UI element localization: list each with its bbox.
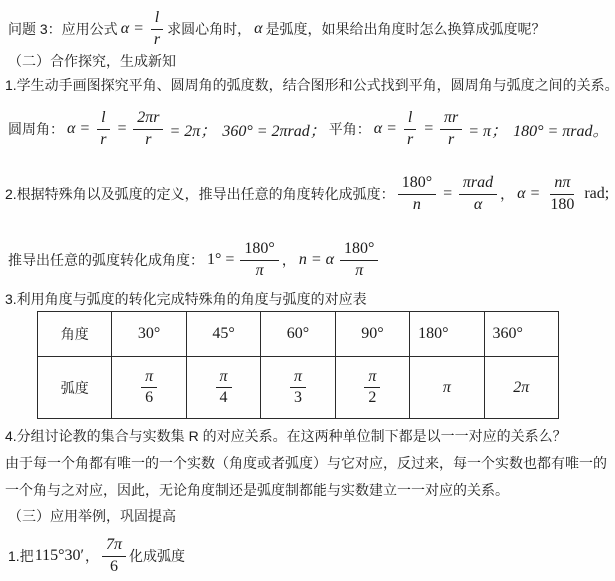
item4-text: 4.分组讨论教的集合与实数集 R 的对应关系。在这两种单位制下都是以一一对应的关… xyxy=(5,426,567,446)
alpha-symbol: α xyxy=(254,20,262,38)
fraction-denominator: π xyxy=(252,261,268,280)
fraction-pi-over-3: π 3 xyxy=(290,368,306,408)
straight-angle-label: 平角： xyxy=(329,119,371,139)
fraction-denominator: 6 xyxy=(106,557,122,576)
document-page: 问题 3：应用公式 α = l r 求圆心角时， α 是弧度，如果给出角度时怎么… xyxy=(0,0,615,581)
equals-sign: = xyxy=(116,120,127,138)
fraction-numerator: πrad xyxy=(459,174,497,194)
n-equals-alpha: n = α xyxy=(299,251,334,269)
fraction-denominator: r xyxy=(141,130,155,149)
table-radian-row: 弧度 π 6 π 4 π 3 π xyxy=(38,357,559,419)
fraction-denominator: r xyxy=(444,130,458,149)
section2-heading: （二）合作探究，生成新知 xyxy=(8,51,176,71)
table-degree-cell: 360° xyxy=(484,312,558,357)
fraction-pirad-over-alpha: πrad α xyxy=(459,174,497,214)
deg360-equals-2pirad: 360° = 2πrad； xyxy=(222,118,325,141)
table-radian-cell: π 3 xyxy=(261,357,335,419)
fraction-denominator: n xyxy=(409,195,425,214)
alpha-equals: α = xyxy=(67,120,90,138)
item3-text: 3.利用角度与弧度的转化完成特殊角的角度与弧度的对应表 xyxy=(5,289,367,309)
fraction-numerator: l xyxy=(404,109,416,129)
table-degree-cell: 90° xyxy=(335,312,409,357)
table-degree-cell: 30° xyxy=(112,312,186,357)
fraction-numerator: l xyxy=(97,109,109,129)
explanation-line1: 由于每一个角都有唯一的一个实数（角度或者弧度）与它对应，反过来，每一个实数也都有… xyxy=(5,452,607,474)
fraction-l-over-r: l r xyxy=(150,9,164,49)
item1-text: 1.学生动手画图探究平角、圆周角的弧度数，结合图形和公式找到平角，圆周角与弧度之… xyxy=(5,75,615,95)
fraction-numerator: π xyxy=(216,368,232,388)
fraction-7pi-over-6: 7π 6 xyxy=(102,536,126,576)
explanation-text1: 由于每一个角都有唯一的一个实数（角度或者弧度）与它对应，反过来，每一个实数也都有… xyxy=(5,453,607,473)
alpha-equals: α = xyxy=(374,120,397,138)
table-degree-header: 角度 xyxy=(38,312,112,357)
fraction-denominator: 4 xyxy=(216,388,232,407)
comma: ， xyxy=(500,184,514,204)
table-radian-cell: π 6 xyxy=(112,357,186,419)
fraction-numerator: nπ xyxy=(550,174,574,194)
problem3-lead-text: 问题 3：应用公式 xyxy=(8,19,118,39)
table-radian-cell: π 2 xyxy=(335,357,409,419)
table-degree-cell: 180° xyxy=(410,312,484,357)
fraction-denominator: 180 xyxy=(546,195,578,214)
fraction-numerator: πr xyxy=(440,109,462,129)
item2-line: 2.根据特殊角以及弧度的定义，推导出任意的角度转化成弧度： 180° n = π… xyxy=(5,168,612,220)
example1-line: 1.把 115°30′ ， 7π 6 化成弧度 xyxy=(8,531,185,581)
fraction-l-over-r: l r xyxy=(403,109,417,149)
item2-text: 2.根据特殊角以及弧度的定义，推导出任意的角度转化成弧度： xyxy=(5,184,395,204)
explanation-line2: 一个角与之对应，因此，无论角度制还是弧度制都能与实数建立一一对应的关系。 xyxy=(5,479,509,501)
table-radian-cell: π 4 xyxy=(186,357,260,419)
table-radian-header: 弧度 xyxy=(38,357,112,419)
full-angle-label: 圆周角： xyxy=(8,119,64,139)
fraction-numerator: 180° xyxy=(240,240,278,260)
angle-formulas-line: 圆周角： α = l r = 2πr r = 2π； 360° = 2πrad；… xyxy=(8,104,612,154)
alpha-equals: α = xyxy=(517,185,540,203)
fraction-numerator: π xyxy=(290,368,306,388)
table-radian-cell: π xyxy=(410,357,484,419)
fraction-denominator: r xyxy=(403,130,417,149)
example1-lead-text: 1.把 xyxy=(8,546,34,566)
fraction-numerator: π xyxy=(141,368,157,388)
fraction-denominator: 2 xyxy=(364,388,380,407)
degree-radian-table: 角度 30° 45° 60° 90° 180° 360° 弧度 π 6 π 4 xyxy=(37,311,559,419)
problem3-mid-text: 求圆心角时， xyxy=(167,19,251,39)
fraction-180deg-over-n: 180° n xyxy=(398,174,436,214)
table-degree-cell: 45° xyxy=(186,312,260,357)
fraction-180deg-over-pi: 180° π xyxy=(340,240,378,280)
section3-heading: （三）应用举例，巩固提高 xyxy=(8,506,176,526)
angle-115d30m: 115°30′ xyxy=(35,547,84,565)
equals-pi: = π； xyxy=(468,118,507,141)
equals-sign: = xyxy=(442,185,453,203)
fraction-denominator: 6 xyxy=(141,388,157,407)
section2-heading-line: （二）合作探究，生成新知 xyxy=(8,50,176,72)
equals-sign: = xyxy=(423,120,434,138)
problem3-line: 问题 3：应用公式 α = l r 求圆心角时， α 是弧度，如果给出角度时怎么… xyxy=(8,4,546,54)
item3-line: 3.利用角度与弧度的转化完成特殊角的角度与弧度的对应表 xyxy=(5,288,367,310)
fraction-pir-over-r: πr r xyxy=(440,109,462,149)
example1-tail-text: 化成弧度 xyxy=(129,546,185,566)
item4-line: 4.分组讨论教的集合与实数集 R 的对应关系。在这两种单位制下都是以一一对应的关… xyxy=(5,425,567,447)
comma: ， xyxy=(282,250,296,270)
section3-heading-line: （三）应用举例，巩固提高 xyxy=(8,505,176,527)
problem3-tail-text: 是弧度，如果给出角度时怎么换算成弧度呢？ xyxy=(266,19,546,39)
rad-unit: rad; xyxy=(584,185,609,203)
fraction-numerator: 2πr xyxy=(133,109,163,129)
fraction-numerator: 180° xyxy=(340,240,378,260)
fraction-denominator: α xyxy=(470,195,486,214)
equals-2pi: = 2π； xyxy=(169,118,216,141)
comma: ， xyxy=(85,546,99,566)
fraction-2pir-over-r: 2πr r xyxy=(133,109,163,149)
fraction-180deg-over-pi: 180° π xyxy=(240,240,278,280)
fraction-pi-over-2: π 2 xyxy=(364,368,380,408)
fraction-pi-over-4: π 4 xyxy=(216,368,232,408)
fraction-denominator: 3 xyxy=(290,388,306,407)
fraction-denominator: r xyxy=(96,130,110,149)
one-degree-equals: 1° = xyxy=(207,251,234,269)
fraction-numerator: 180° xyxy=(398,174,436,194)
fraction-numerator: π xyxy=(364,368,380,388)
fraction-numerator: l xyxy=(151,9,163,29)
radian-to-degree-line: 推导出任意的弧度转化成角度： 1° = 180° π ， n = α 180° … xyxy=(8,234,381,286)
table-degree-cell: 60° xyxy=(261,312,335,357)
table-radian-cell: 2π xyxy=(484,357,558,419)
deg180-equals-pirad: 180° = πrad。 xyxy=(513,118,608,141)
fraction-npi-over-180: nπ 180 xyxy=(546,174,578,214)
fraction-denominator: r xyxy=(150,30,164,49)
fraction-l-over-r: l r xyxy=(96,109,110,149)
radian-to-degree-text: 推导出任意的弧度转化成角度： xyxy=(8,250,204,270)
item1-line: 1.学生动手画图探究平角、圆周角的弧度数，结合图形和公式找到平角，圆周角与弧度之… xyxy=(5,74,615,96)
explanation-text2: 一个角与之对应，因此，无论角度制还是弧度制都能与实数建立一一对应的关系。 xyxy=(5,480,509,500)
alpha-equals: α = xyxy=(121,20,144,38)
fraction-pi-over-6: π 6 xyxy=(141,368,157,408)
fraction-denominator: π xyxy=(351,261,367,280)
table-degree-row: 角度 30° 45° 60° 90° 180° 360° xyxy=(38,312,559,357)
fraction-numerator: 7π xyxy=(102,536,126,556)
